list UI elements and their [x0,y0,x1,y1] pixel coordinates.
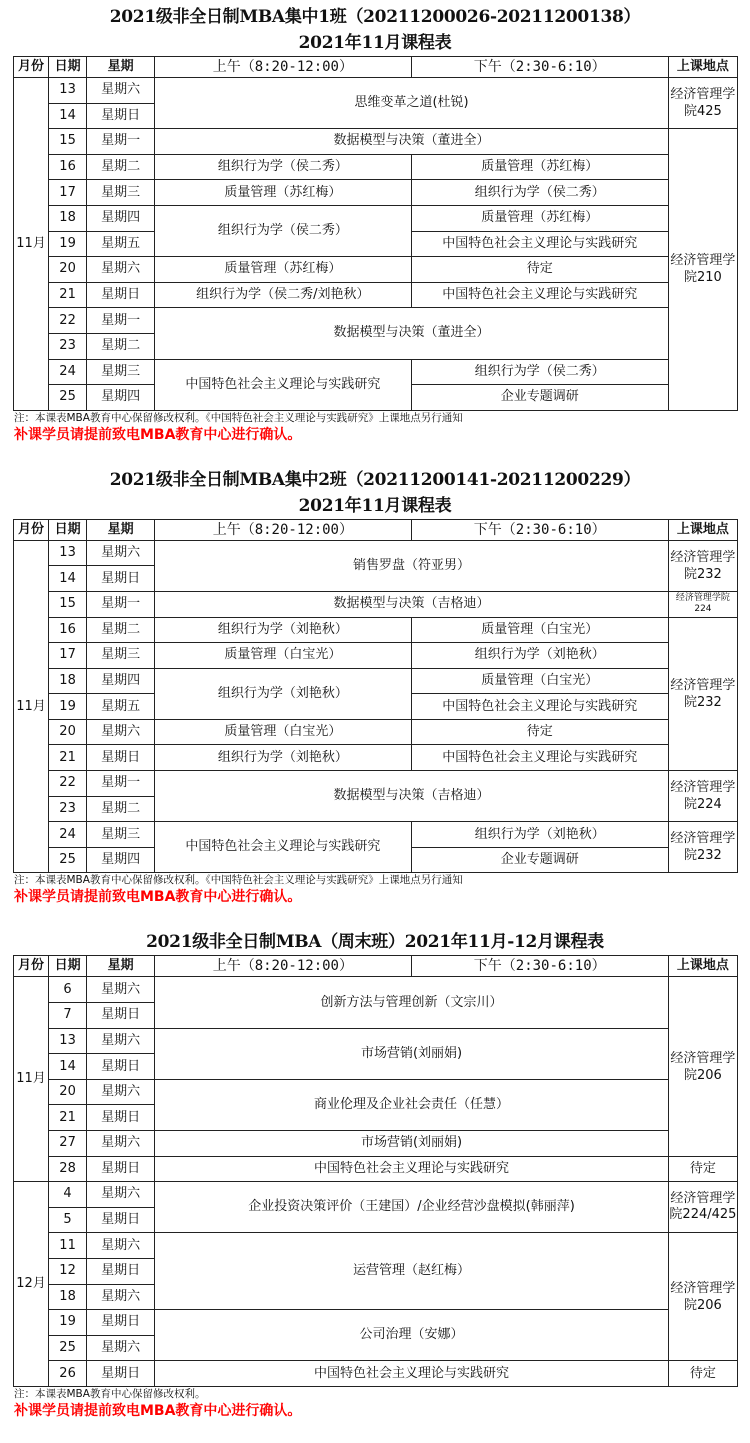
weekday-cell: 星期三 [87,643,155,669]
table1-schedule: 月份 日期 星期 上午（8:20-12:00） 下午（2:30-6:10） 上课… [13,56,738,411]
course-pm: 企业专题调研 [411,385,668,411]
course-am: 质量管理（白宝光） [155,719,411,745]
course-cell: 思维变革之道(杜锐) [155,78,669,129]
course-pm: 组织行为学（刘艳秋） [411,643,668,669]
table1-title-line1: 2021级非全日制MBA集中1班（20211200026-20211200138… [0,4,750,30]
weekday-cell: 星期日 [87,103,155,129]
course-pm: 待定 [411,719,668,745]
weekday-cell: 星期五 [87,231,155,257]
day-cell: 18 [49,205,87,231]
table-row: 20 星期六 质量管理（白宝光） 待定 [14,719,738,745]
course-am: 组织行为学（侯二秀） [155,154,411,180]
course-am: 质量管理（白宝光） [155,643,411,669]
course-pm: 中国特色社会主义理论与实践研究 [411,745,668,771]
table2-title-line1: 2021级非全日制MBA集中2班（20211200141-20211200229… [0,467,750,493]
day-cell: 11 [49,1233,87,1259]
table3-warning: 补课学员请提前致电MBA教育中心进行确认。 [14,1401,750,1421]
table-row: 26 星期日 中国特色社会主义理论与实践研究 待定 [14,1361,738,1387]
day-cell: 24 [49,822,87,848]
location-cell: 待定 [668,1156,737,1182]
course-am: 组织行为学（刘艳秋） [155,745,411,771]
table-row: 18 星期四 组织行为学（侯二秀） 质量管理（苏红梅） [14,205,738,231]
weekday-cell: 星期日 [87,1361,155,1387]
course-pm: 中国特色社会主义理论与实践研究 [411,694,668,720]
day-cell: 16 [49,617,87,643]
course-pm: 待定 [411,257,668,283]
day-cell: 18 [49,668,87,694]
day-cell: 13 [49,540,87,566]
header-am: 上午（8:20-12:00） [155,519,411,540]
table3-note: 注：本课表MBA教育中心保留修改权利。 [14,1387,750,1401]
month-cell: 11月 [14,78,49,411]
day-cell: 4 [49,1182,87,1208]
month-cell: 11月 [14,540,49,873]
day-cell: 16 [49,154,87,180]
header-weekday: 星期 [87,57,155,78]
table1-title-line2: 2021年11月课程表 [0,30,750,56]
weekday-cell: 星期六 [87,1131,155,1157]
table-row: 13 星期六 市场营销(刘丽娟) [14,1028,738,1054]
day-cell: 17 [49,180,87,206]
table-header-row: 月份 日期 星期 上午（8:20-12:00） 下午（2:30-6:10） 上课… [14,956,738,977]
header-am: 上午（8:20-12:00） [155,956,411,977]
day-cell: 6 [49,977,87,1003]
table-row: 21 星期日 组织行为学（刘艳秋） 中国特色社会主义理论与实践研究 [14,745,738,771]
location-cell: 经济管理学院232 [668,540,737,591]
weekday-cell: 星期六 [87,1028,155,1054]
day-cell: 14 [49,566,87,592]
table-row: 20 星期六 质量管理（苏红梅） 待定 [14,257,738,283]
course-am: 组织行为学（刘艳秋） [155,668,411,719]
day-cell: 26 [49,1361,87,1387]
table-row: 28 星期日 中国特色社会主义理论与实践研究 待定 [14,1156,738,1182]
schedule-class-2: 2021级非全日制MBA集中2班（20211200141-20211200229… [0,445,750,908]
course-am: 组织行为学（刘艳秋） [155,617,411,643]
header-location: 上课地点 [668,57,737,78]
table-row: 19 星期日 公司治理（安娜） [14,1310,738,1336]
course-pm: 组织行为学（刘艳秋） [411,822,668,848]
weekday-cell: 星期日 [87,282,155,308]
table-row: 17 星期三 质量管理（白宝光） 组织行为学（刘艳秋） [14,643,738,669]
day-cell: 22 [49,771,87,797]
course-cell: 数据模型与决策（吉格迪） [155,771,669,822]
header-weekday: 星期 [87,519,155,540]
day-cell: 21 [49,282,87,308]
location-cell: 经济管理学院425 [668,78,737,129]
header-month: 月份 [14,57,49,78]
header-pm: 下午（2:30-6:10） [411,956,668,977]
day-cell: 20 [49,719,87,745]
day-cell: 22 [49,308,87,334]
day-cell: 19 [49,231,87,257]
table1-note: 注：本课表MBA教育中心保留修改权利。《中国特色社会主义理论与实践研究》上课地点… [14,411,750,425]
location-cell: 经济管理学院224 [668,771,737,822]
weekday-cell: 星期一 [87,591,155,617]
day-cell: 28 [49,1156,87,1182]
weekday-cell: 星期三 [87,180,155,206]
weekday-cell: 星期一 [87,771,155,797]
day-cell: 18 [49,1284,87,1310]
table3-title: 2021级非全日制MBA（周末班）2021年11月-12月课程表 [0,929,750,955]
month-cell: 12月 [14,1182,49,1387]
course-cell: 中国特色社会主义理论与实践研究 [155,1156,669,1182]
course-cell: 运营管理（赵红梅） [155,1233,669,1310]
course-am: 质量管理（苏红梅） [155,180,411,206]
day-cell: 15 [49,129,87,155]
header-day: 日期 [49,519,87,540]
table-header-row: 月份 日期 星期 上午（8:20-12:00） 下午（2:30-6:10） 上课… [14,57,738,78]
weekday-cell: 星期四 [87,847,155,873]
table-row: 20 星期六 商业伦理及企业社会责任（任慧） [14,1079,738,1105]
table-row: 15 星期一 数据模型与决策（董进全） 经济管理学院210 [14,129,738,155]
course-cell: 市场营销(刘丽娟) [155,1028,669,1079]
course-pm: 中国特色社会主义理论与实践研究 [411,231,668,257]
weekday-cell: 星期六 [87,540,155,566]
table-row: 12月 4 星期六 企业投资决策评价（王建国）/企业经营沙盘模拟(韩丽萍) 经济… [14,1182,738,1208]
weekday-cell: 星期六 [87,1335,155,1361]
weekday-cell: 星期二 [87,333,155,359]
course-pm: 组织行为学（侯二秀） [411,359,668,385]
weekday-cell: 星期一 [87,308,155,334]
table-row: 11月 6 星期六 创新方法与管理创新（文宗川） 经济管理学院206 [14,977,738,1003]
weekday-cell: 星期二 [87,154,155,180]
header-month: 月份 [14,956,49,977]
day-cell: 7 [49,1003,87,1029]
course-am: 组织行为学（侯二秀/刘艳秋） [155,282,411,308]
header-day: 日期 [49,57,87,78]
table-row: 18 星期四 组织行为学（刘艳秋） 质量管理（白宝光） [14,668,738,694]
day-cell: 19 [49,1310,87,1336]
course-cell: 销售罗盘（符亚男） [155,540,669,591]
course-cell: 中国特色社会主义理论与实践研究 [155,1361,669,1387]
day-cell: 19 [49,694,87,720]
header-day: 日期 [49,956,87,977]
course-cell: 数据模型与决策（董进全） [155,129,669,155]
course-cell: 数据模型与决策（吉格迪） [155,591,669,617]
course-cell: 市场营销(刘丽娟) [155,1131,669,1157]
day-cell: 12 [49,1258,87,1284]
table-header-row: 月份 日期 星期 上午（8:20-12:00） 下午（2:30-6:10） 上课… [14,519,738,540]
day-cell: 20 [49,257,87,283]
location-cell: 经济管理学院232 [668,822,737,873]
weekday-cell: 星期六 [87,1079,155,1105]
day-cell: 20 [49,1079,87,1105]
day-cell: 14 [49,1054,87,1080]
table2-schedule: 月份 日期 星期 上午（8:20-12:00） 下午（2:30-6:10） 上课… [13,519,738,874]
header-location: 上课地点 [668,519,737,540]
header-pm: 下午（2:30-6:10） [411,519,668,540]
day-cell: 21 [49,1105,87,1131]
table2-warning: 补课学员请提前致电MBA教育中心进行确认。 [14,887,750,907]
table1-warning: 补课学员请提前致电MBA教育中心进行确认。 [14,425,750,445]
course-pm: 企业专题调研 [411,847,668,873]
day-cell: 25 [49,847,87,873]
location-cell: 待定 [668,1361,737,1387]
schedule-class-1: 2021级非全日制MBA集中1班（20211200026-20211200138… [0,0,750,445]
weekday-cell: 星期日 [87,1054,155,1080]
weekday-cell: 星期日 [87,1310,155,1336]
day-cell: 24 [49,359,87,385]
table-row: 21 星期日 组织行为学（侯二秀/刘艳秋） 中国特色社会主义理论与实践研究 [14,282,738,308]
table-row: 24 星期三 中国特色社会主义理论与实践研究 组织行为学（侯二秀） [14,359,738,385]
table-row: 11月 13 星期六 思维变革之道(杜锐) 经济管理学院425 [14,78,738,104]
header-location: 上课地点 [668,956,737,977]
course-cell: 企业投资决策评价（王建国）/企业经营沙盘模拟(韩丽萍) [155,1182,669,1233]
day-cell: 23 [49,796,87,822]
location-cell: 经济管理学院224 [668,591,737,617]
weekday-cell: 星期六 [87,78,155,104]
table-row: 22 星期一 数据模型与决策（吉格迪） 经济管理学院224 [14,771,738,797]
weekday-cell: 星期日 [87,1156,155,1182]
course-cell: 公司治理（安娜） [155,1310,669,1361]
course-cell: 数据模型与决策（董进全） [155,308,669,359]
weekday-cell: 星期六 [87,1284,155,1310]
day-cell: 5 [49,1207,87,1233]
weekday-cell: 星期日 [87,745,155,771]
weekday-cell: 星期二 [87,617,155,643]
day-cell: 13 [49,78,87,104]
location-cell: 经济管理学院206 [668,977,737,1156]
course-pm: 质量管理（苏红梅） [411,154,668,180]
day-cell: 15 [49,591,87,617]
weekday-cell: 星期三 [87,359,155,385]
table-row: 27 星期六 市场营销(刘丽娟) [14,1131,738,1157]
weekday-cell: 星期四 [87,205,155,231]
day-cell: 25 [49,1335,87,1361]
header-am: 上午（8:20-12:00） [155,57,411,78]
course-pm: 中国特色社会主义理论与实践研究 [411,282,668,308]
location-cell: 经济管理学院224/425 [668,1182,737,1233]
day-cell: 23 [49,333,87,359]
day-cell: 27 [49,1131,87,1157]
day-cell: 17 [49,643,87,669]
day-cell: 25 [49,385,87,411]
weekday-cell: 星期六 [87,1182,155,1208]
course-am: 组织行为学（侯二秀） [155,205,411,256]
table-row: 16 星期二 组织行为学（侯二秀） 质量管理（苏红梅） [14,154,738,180]
weekday-cell: 星期四 [87,385,155,411]
table-row: 24 星期三 中国特色社会主义理论与实践研究 组织行为学（刘艳秋） 经济管理学院… [14,822,738,848]
day-cell: 13 [49,1028,87,1054]
course-pm: 质量管理（苏红梅） [411,205,668,231]
course-am: 质量管理（苏红梅） [155,257,411,283]
table-row: 11 星期六 运营管理（赵红梅） 经济管理学院206 [14,1233,738,1259]
table-row: 15 星期一 数据模型与决策（吉格迪） 经济管理学院224 [14,591,738,617]
weekday-cell: 星期三 [87,822,155,848]
course-cell: 创新方法与管理创新（文宗川） [155,977,669,1028]
header-weekday: 星期 [87,956,155,977]
course-pm: 组织行为学（侯二秀） [411,180,668,206]
weekday-cell: 星期五 [87,694,155,720]
weekday-cell: 星期四 [87,668,155,694]
table2-title-line2: 2021年11月课程表 [0,493,750,519]
location-cell: 经济管理学院210 [668,129,737,411]
course-pm: 质量管理（白宝光） [411,617,668,643]
location-cell: 经济管理学院206 [668,1233,737,1361]
weekday-cell: 星期日 [87,1258,155,1284]
weekday-cell: 星期六 [87,719,155,745]
course-cell: 商业伦理及企业社会责任（任慧） [155,1079,669,1130]
month-cell: 11月 [14,977,49,1182]
schedule-weekend-class: 2021级非全日制MBA（周末班）2021年11月-12月课程表 月份 日期 星… [0,907,750,1421]
weekday-cell: 星期六 [87,977,155,1003]
header-pm: 下午（2:30-6:10） [411,57,668,78]
weekday-cell: 星期二 [87,796,155,822]
table2-note: 注：本课表MBA教育中心保留修改权利。《中国特色社会主义理论与实践研究》上课地点… [14,873,750,887]
table-row: 17 星期三 质量管理（苏红梅） 组织行为学（侯二秀） [14,180,738,206]
table-row: 22 星期一 数据模型与决策（董进全） [14,308,738,334]
weekday-cell: 星期六 [87,1233,155,1259]
course-am: 中国特色社会主义理论与实践研究 [155,822,411,873]
weekday-cell: 星期六 [87,257,155,283]
course-am: 中国特色社会主义理论与实践研究 [155,359,411,410]
table-row: 16 星期二 组织行为学（刘艳秋） 质量管理（白宝光） 经济管理学院232 [14,617,738,643]
weekday-cell: 星期一 [87,129,155,155]
table-row: 11月 13 星期六 销售罗盘（符亚男） 经济管理学院232 [14,540,738,566]
weekday-cell: 星期日 [87,1207,155,1233]
weekday-cell: 星期日 [87,566,155,592]
header-month: 月份 [14,519,49,540]
day-cell: 21 [49,745,87,771]
course-pm: 质量管理（白宝光） [411,668,668,694]
table3-schedule: 月份 日期 星期 上午（8:20-12:00） 下午（2:30-6:10） 上课… [13,955,738,1387]
location-cell: 经济管理学院232 [668,617,737,771]
day-cell: 14 [49,103,87,129]
weekday-cell: 星期日 [87,1105,155,1131]
weekday-cell: 星期日 [87,1003,155,1029]
